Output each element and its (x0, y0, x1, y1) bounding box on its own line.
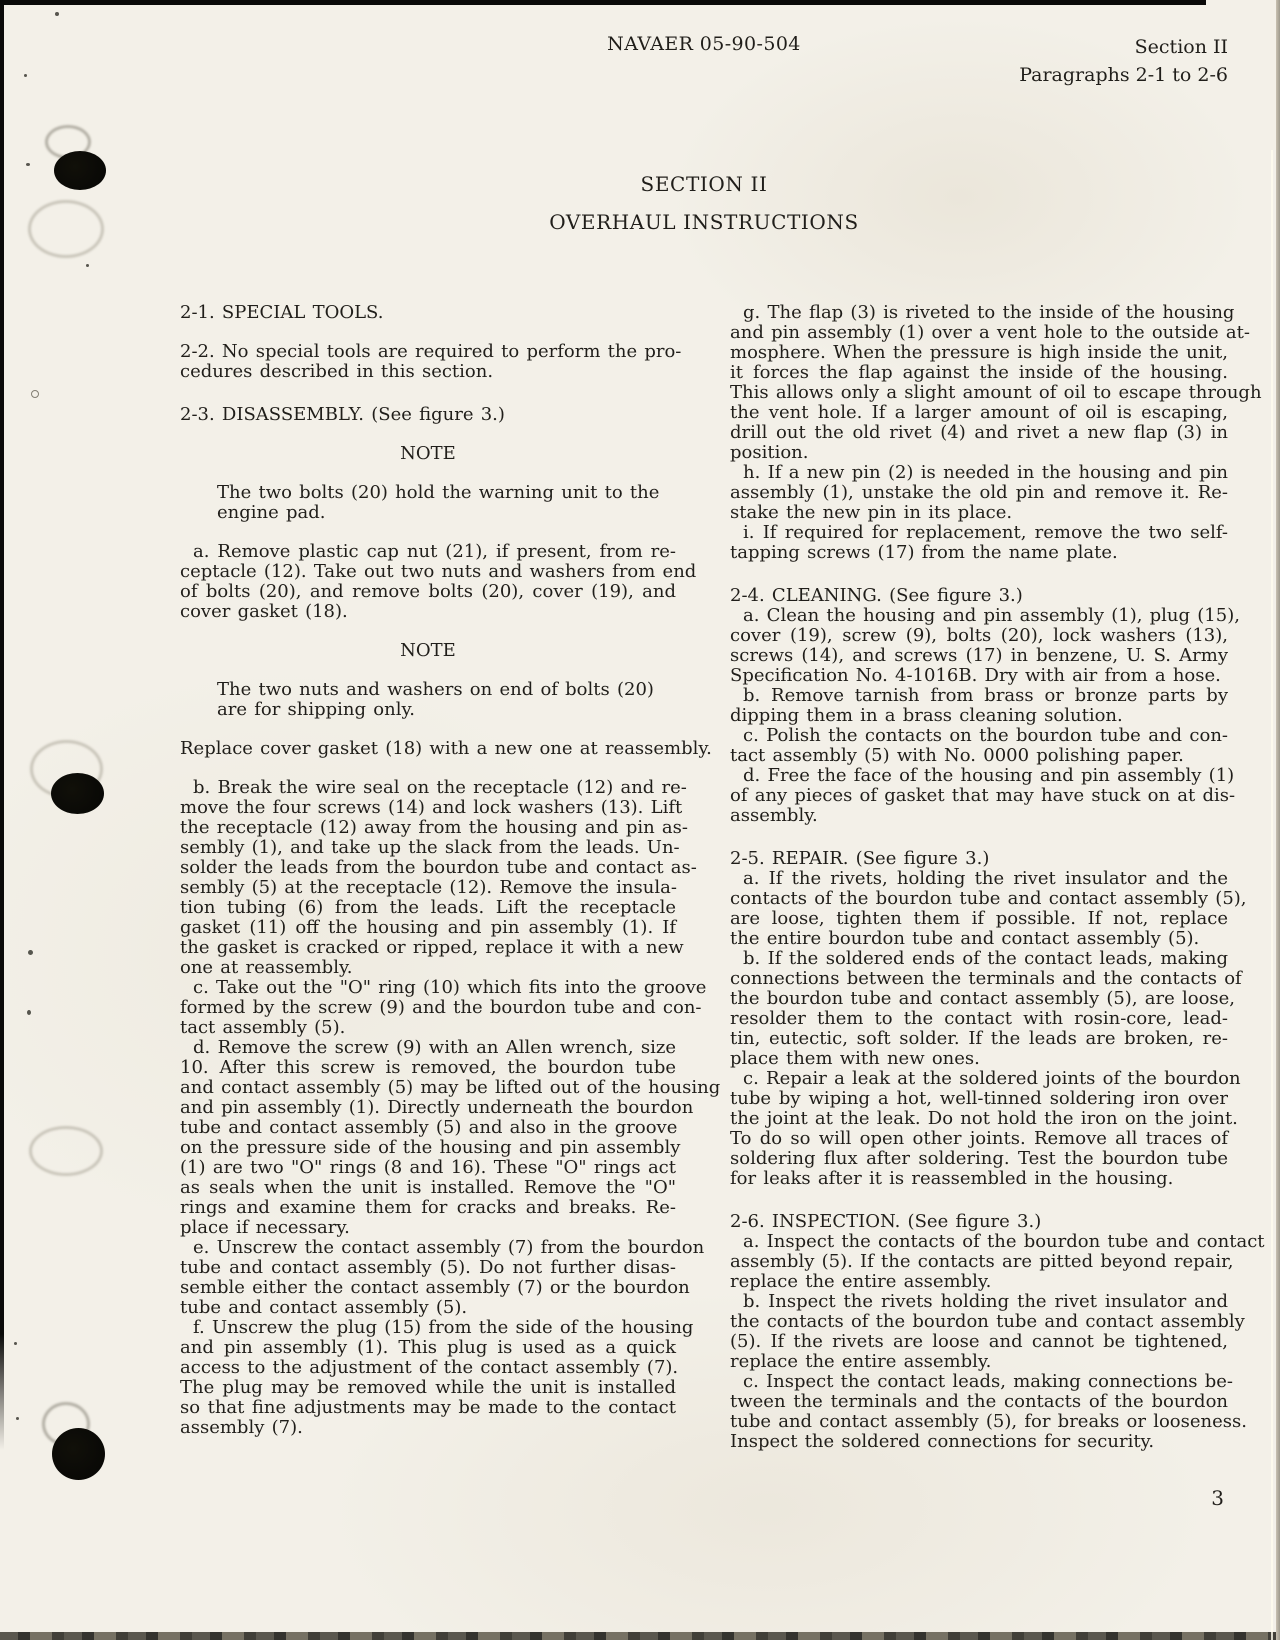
left-column: 2-1. SPECIAL TOOLS.2-2. No special tools… (180, 303, 676, 1438)
scan-edge-top (0, 0, 1206, 5)
text-line: The plug may be removed while the unit i… (180, 1378, 676, 1398)
text-line: 2-5. REPAIR. (See figure 3.) (730, 849, 1228, 869)
paragraph: d. Remove the screw (9) with an Allen wr… (180, 1038, 676, 1238)
text-line: tion tubing (6) from the leads. Lift the… (180, 898, 676, 918)
ink-speck (26, 163, 30, 166)
text-line: 2-4. CLEANING. (See figure 3.) (730, 586, 1228, 606)
section-subtitle: OVERHAUL INSTRUCTIONS (180, 210, 1228, 234)
text-line: of any pieces of gasket that may have st… (730, 786, 1228, 806)
text-line: semble either the contact assembly (7) o… (180, 1278, 676, 1298)
ink-speck (86, 264, 89, 267)
text-line: g. The flap (3) is riveted to the inside… (730, 303, 1228, 323)
text-line: position. (730, 443, 1228, 463)
paper-crease (1271, 150, 1273, 1640)
ink-speck (28, 950, 33, 955)
text-line: To do so will open other joints. Remove … (730, 1129, 1228, 1149)
paragraph: a. Inspect the contacts of the bourdon t… (730, 1232, 1228, 1292)
text-line: d. Remove the screw (9) with an Allen wr… (180, 1038, 676, 1058)
text-line: The two bolts (20) hold the warning unit… (217, 483, 632, 503)
text-line: Inspect the soldered connections for sec… (730, 1432, 1228, 1452)
paragraph: a. Clean the housing and pin assembly (1… (730, 606, 1228, 686)
text-line: h. If a new pin (2) is needed in the hou… (730, 463, 1228, 483)
text-line: replace the entire assembly. (730, 1272, 1228, 1292)
text-line: Specification No. 4-1016B. Dry with air … (730, 666, 1228, 686)
header-right: Section II Paragraphs 2-1 to 2-6 (1019, 33, 1228, 89)
text-line: ceptacle (12). Take out two nuts and was… (180, 562, 676, 582)
text-line: NOTE (180, 641, 676, 661)
text-line: as seals when the unit is installed. Rem… (180, 1178, 676, 1198)
text-line: The two nuts and washers on end of bolts… (217, 680, 632, 700)
paragraph: c. Repair a leak at the soldered joints … (730, 1069, 1228, 1189)
paragraph: e. Unscrew the contact assembly (7) from… (180, 1238, 676, 1318)
text-line: the joint at the leak. Do not hold the i… (730, 1109, 1228, 1129)
ink-speck (55, 12, 59, 16)
text-line: soldering flux after soldering. Test the… (730, 1149, 1228, 1169)
paragraph: d. Free the face of the housing and pin … (730, 766, 1228, 826)
header-section-ref: Section II (1019, 33, 1228, 61)
text-line: resolder them to the contact with rosin-… (730, 1009, 1228, 1029)
text-line: replace the entire assembly. (730, 1352, 1228, 1372)
text-line: move the four screws (14) and lock washe… (180, 798, 676, 818)
text-line: place if necessary. (180, 1218, 676, 1238)
text-line: contacts of the bourdon tube and contact… (730, 889, 1228, 909)
note-text: The two bolts (20) hold the warning unit… (217, 483, 632, 523)
text-line: This allows only a slight amount of oil … (730, 383, 1228, 403)
text-line: engine pad. (217, 503, 632, 523)
text-line: e. Unscrew the contact assembly (7) from… (180, 1238, 676, 1258)
paragraph: h. If a new pin (2) is needed in the hou… (730, 463, 1228, 523)
paragraph: i. If required for replacement, remove t… (730, 523, 1228, 563)
text-line: the entire bourdon tube and contact asse… (730, 929, 1228, 949)
text-line: (1) are two "O" rings (8 and 16). These … (180, 1158, 676, 1178)
paragraph: b. Inspect the rivets holding the rivet … (730, 1292, 1228, 1372)
text-line: tube and contact assembly (5). Do not fu… (180, 1258, 676, 1278)
text-line: cedures described in this section. (180, 362, 676, 382)
text-line: the bourdon tube and contact assembly (5… (730, 989, 1228, 1009)
paragraph: c. Take out the "O" ring (10) which fits… (180, 978, 676, 1038)
scan-edge-right (1276, 0, 1280, 1640)
section-heading: 2-1. SPECIAL TOOLS. (180, 303, 676, 323)
text-line: sembly (5) at the receptacle (12). Remov… (180, 878, 676, 898)
text-line: and contact assembly (5) may be lifted o… (180, 1078, 676, 1098)
ink-speck (24, 74, 27, 77)
paragraph: Replace cover gasket (18) with a new one… (180, 739, 676, 759)
text-line: tapping screws (17) from the name plate. (730, 543, 1228, 563)
text-line: 2-3. DISASSEMBLY. (See figure 3.) (180, 405, 676, 425)
paragraph: 2-2. No special tools are required to pe… (180, 342, 676, 382)
text-line: 2-2. No special tools are required to pe… (180, 342, 676, 362)
text-line: tube and contact assembly (5), for break… (730, 1412, 1228, 1432)
text-line: a. Clean the housing and pin assembly (1… (730, 606, 1228, 626)
text-line: assembly (1), unstake the old pin and re… (730, 483, 1228, 503)
text-line: Replace cover gasket (18) with a new one… (180, 739, 676, 759)
text-line: 2-1. SPECIAL TOOLS. (180, 303, 676, 323)
section-title: SECTION II (180, 172, 1228, 196)
paragraph: c. Polish the contacts on the bourdon tu… (730, 726, 1228, 766)
text-line: are loose, tighten them if possible. If … (730, 909, 1228, 929)
text-line: cover gasket (18). (180, 602, 676, 622)
section-heading: 2-3. DISASSEMBLY. (See figure 3.) (180, 405, 676, 425)
manual-page: NAVAER 05-90-504 Section II Paragraphs 2… (0, 0, 1280, 1640)
text-line: assembly (5). If the contacts are pitted… (730, 1252, 1228, 1272)
text-line: c. Take out the "O" ring (10) which fits… (180, 978, 676, 998)
text-line: for leaks after it is reassembled in the… (730, 1169, 1228, 1189)
ink-speck (27, 1010, 31, 1015)
header-paragraph-ref: Paragraphs 2-1 to 2-6 (1019, 61, 1228, 89)
text-line: it forces the flap against the inside of… (730, 363, 1228, 383)
paragraph: b. Break the wire seal on the receptacle… (180, 778, 676, 978)
text-line: drill out the old rivet (4) and rivet a … (730, 423, 1228, 443)
scan-edge-left (0, 0, 4, 1450)
text-line: i. If required for replacement, remove t… (730, 523, 1228, 543)
text-line: connections between the terminals and th… (730, 969, 1228, 989)
text-line: and pin assembly (1). Directly underneat… (180, 1098, 676, 1118)
ink-speck (16, 1417, 19, 1420)
text-line: b. Inspect the rivets holding the rivet … (730, 1292, 1228, 1312)
text-line: tact assembly (5) with No. 0000 polishin… (730, 746, 1228, 766)
paragraph: b. If the soldered ends of the contact l… (730, 949, 1228, 1069)
text-line: mosphere. When the pressure is high insi… (730, 343, 1228, 363)
text-line: assembly (7). (180, 1418, 676, 1438)
text-line: tween the terminals and the contacts of … (730, 1392, 1228, 1412)
text-line: tube and contact assembly (5). (180, 1298, 676, 1318)
scan-edge-bottom (0, 1632, 1280, 1640)
section-heading: 2-4. CLEANING. (See figure 3.) (730, 586, 1228, 606)
text-line: d. Free the face of the housing and pin … (730, 766, 1228, 786)
paragraph: g. The flap (3) is riveted to the inside… (730, 303, 1228, 463)
text-line: screws (14), and screws (17) in benzene,… (730, 646, 1228, 666)
page-number: 3 (1211, 1486, 1224, 1510)
paragraph: a. Remove plastic cap nut (21), if prese… (180, 542, 676, 622)
text-line: the gasket is cracked or ripped, replace… (180, 938, 676, 958)
text-line: c. Inspect the contact leads, making con… (730, 1372, 1228, 1392)
text-line: formed by the screw (9) and the bourdon … (180, 998, 676, 1018)
text-line: the vent hole. If a larger amount of oil… (730, 403, 1228, 423)
right-column: g. The flap (3) is riveted to the inside… (730, 303, 1228, 1452)
text-line: a. Remove plastic cap nut (21), if prese… (180, 542, 676, 562)
text-line: access to the adjustment of the contact … (180, 1358, 676, 1378)
hole-punch-ghost (29, 1126, 103, 1176)
text-line: dipping them in a brass cleaning solutio… (730, 706, 1228, 726)
section-heading: 2-5. REPAIR. (See figure 3.) (730, 849, 1228, 869)
text-line: (5). If the rivets are loose and cannot … (730, 1332, 1228, 1352)
text-line: the contacts of the bourdon tube and con… (730, 1312, 1228, 1332)
text-line: are for shipping only. (217, 700, 632, 720)
paragraph: b. Remove tarnish from brass or bronze p… (730, 686, 1228, 726)
text-line: 10. After this screw is removed, the bou… (180, 1058, 676, 1078)
ink-speck (14, 1342, 17, 1345)
text-line: b. Break the wire seal on the receptacle… (180, 778, 676, 798)
section-heading: 2-6. INSPECTION. (See figure 3.) (730, 1212, 1228, 1232)
text-line: of bolts (20), and remove bolts (20), co… (180, 582, 676, 602)
text-line: b. Remove tarnish from brass or bronze p… (730, 686, 1228, 706)
text-line: b. If the soldered ends of the contact l… (730, 949, 1228, 969)
text-line: gasket (11) off the housing and pin asse… (180, 918, 676, 938)
text-line: rings and examine them for cracks and br… (180, 1198, 676, 1218)
text-line: on the pressure side of the housing and … (180, 1138, 676, 1158)
text-line: c. Repair a leak at the soldered joints … (730, 1069, 1228, 1089)
text-line: the receptacle (12) away from the housin… (180, 818, 676, 838)
ink-blot (51, 773, 104, 814)
text-line: one at reassembly. (180, 958, 676, 978)
text-line: a. Inspect the contacts of the bourdon t… (730, 1232, 1228, 1252)
ink-blot (52, 1428, 105, 1480)
text-line: NOTE (180, 444, 676, 464)
paragraph: c. Inspect the contact leads, making con… (730, 1372, 1228, 1452)
ink-blot (54, 151, 106, 190)
text-line: so that fine adjustments may be made to … (180, 1398, 676, 1418)
text-line: sembly (1), and take up the slack from t… (180, 838, 676, 858)
paragraph: f. Unscrew the plug (15) from the side o… (180, 1318, 676, 1438)
hole-punch-ghost (28, 200, 104, 258)
text-line: tube by wiping a hot, well-tinned solder… (730, 1089, 1228, 1109)
text-line: 2-6. INSPECTION. (See figure 3.) (730, 1212, 1228, 1232)
note-heading: NOTE (180, 444, 676, 464)
text-line: stake the new pin in its place. (730, 503, 1228, 523)
text-line: cover (19), screw (9), bolts (20), lock … (730, 626, 1228, 646)
text-line: tin, eutectic, soft solder. If the leads… (730, 1029, 1228, 1049)
text-line: and pin assembly (1). This plug is used … (180, 1338, 676, 1358)
text-line: c. Polish the contacts on the bourdon tu… (730, 726, 1228, 746)
text-line: f. Unscrew the plug (15) from the side o… (180, 1318, 676, 1338)
text-line: tube and contact assembly (5) and also i… (180, 1118, 676, 1138)
text-line: assembly. (730, 806, 1228, 826)
text-line: tact assembly (5). (180, 1018, 676, 1038)
text-line: and pin assembly (1) over a vent hole to… (730, 323, 1228, 343)
text-line: place them with new ones. (730, 1049, 1228, 1069)
ink-speck (31, 390, 39, 398)
note-heading: NOTE (180, 641, 676, 661)
paragraph: a. If the rivets, holding the rivet insu… (730, 869, 1228, 949)
text-line: a. If the rivets, holding the rivet insu… (730, 869, 1228, 889)
text-line: solder the leads from the bourdon tube a… (180, 858, 676, 878)
note-text: The two nuts and washers on end of bolts… (217, 680, 632, 720)
